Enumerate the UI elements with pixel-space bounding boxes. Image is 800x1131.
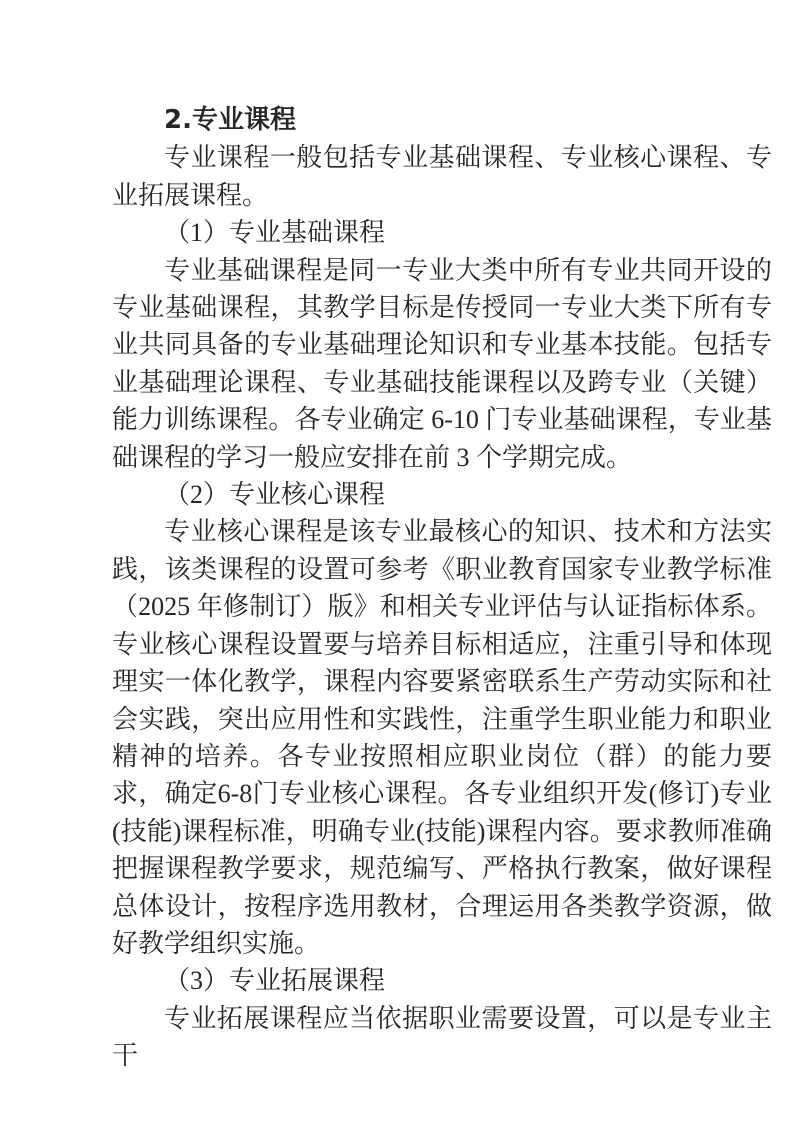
paragraph-intro: 专业课程一般包括专业基础课程、专业核心课程、专业拓展课程。 [112, 139, 772, 214]
paragraph-core-courses: 专业核心课程是该专业最核心的知识、技术和方法实践，该类课程的设置可参考《职业教育… [112, 513, 772, 962]
paragraph-basic-courses: 专业基础课程是同一专业大类中所有专业共同开设的专业基础课程，其教学目标是传授同一… [112, 252, 772, 476]
document-content: 2.专业课程 专业课程一般包括专业基础课程、专业核心课程、专业拓展课程。 （1）… [112, 102, 772, 1075]
subheading-extension-courses: （3）专业拓展课程 [112, 962, 772, 999]
section-heading: 2.专业课程 [112, 102, 772, 139]
document-page: 2.专业课程 专业课程一般包括专业基础课程、专业核心课程、专业拓展课程。 （1）… [0, 0, 800, 1131]
subheading-core-courses: （2）专业核心课程 [112, 476, 772, 513]
paragraph-extension-courses: 专业拓展课程应当依据职业需要设置，可以是专业主干 [112, 1000, 772, 1075]
subheading-basic-courses: （1）专业基础课程 [112, 214, 772, 251]
